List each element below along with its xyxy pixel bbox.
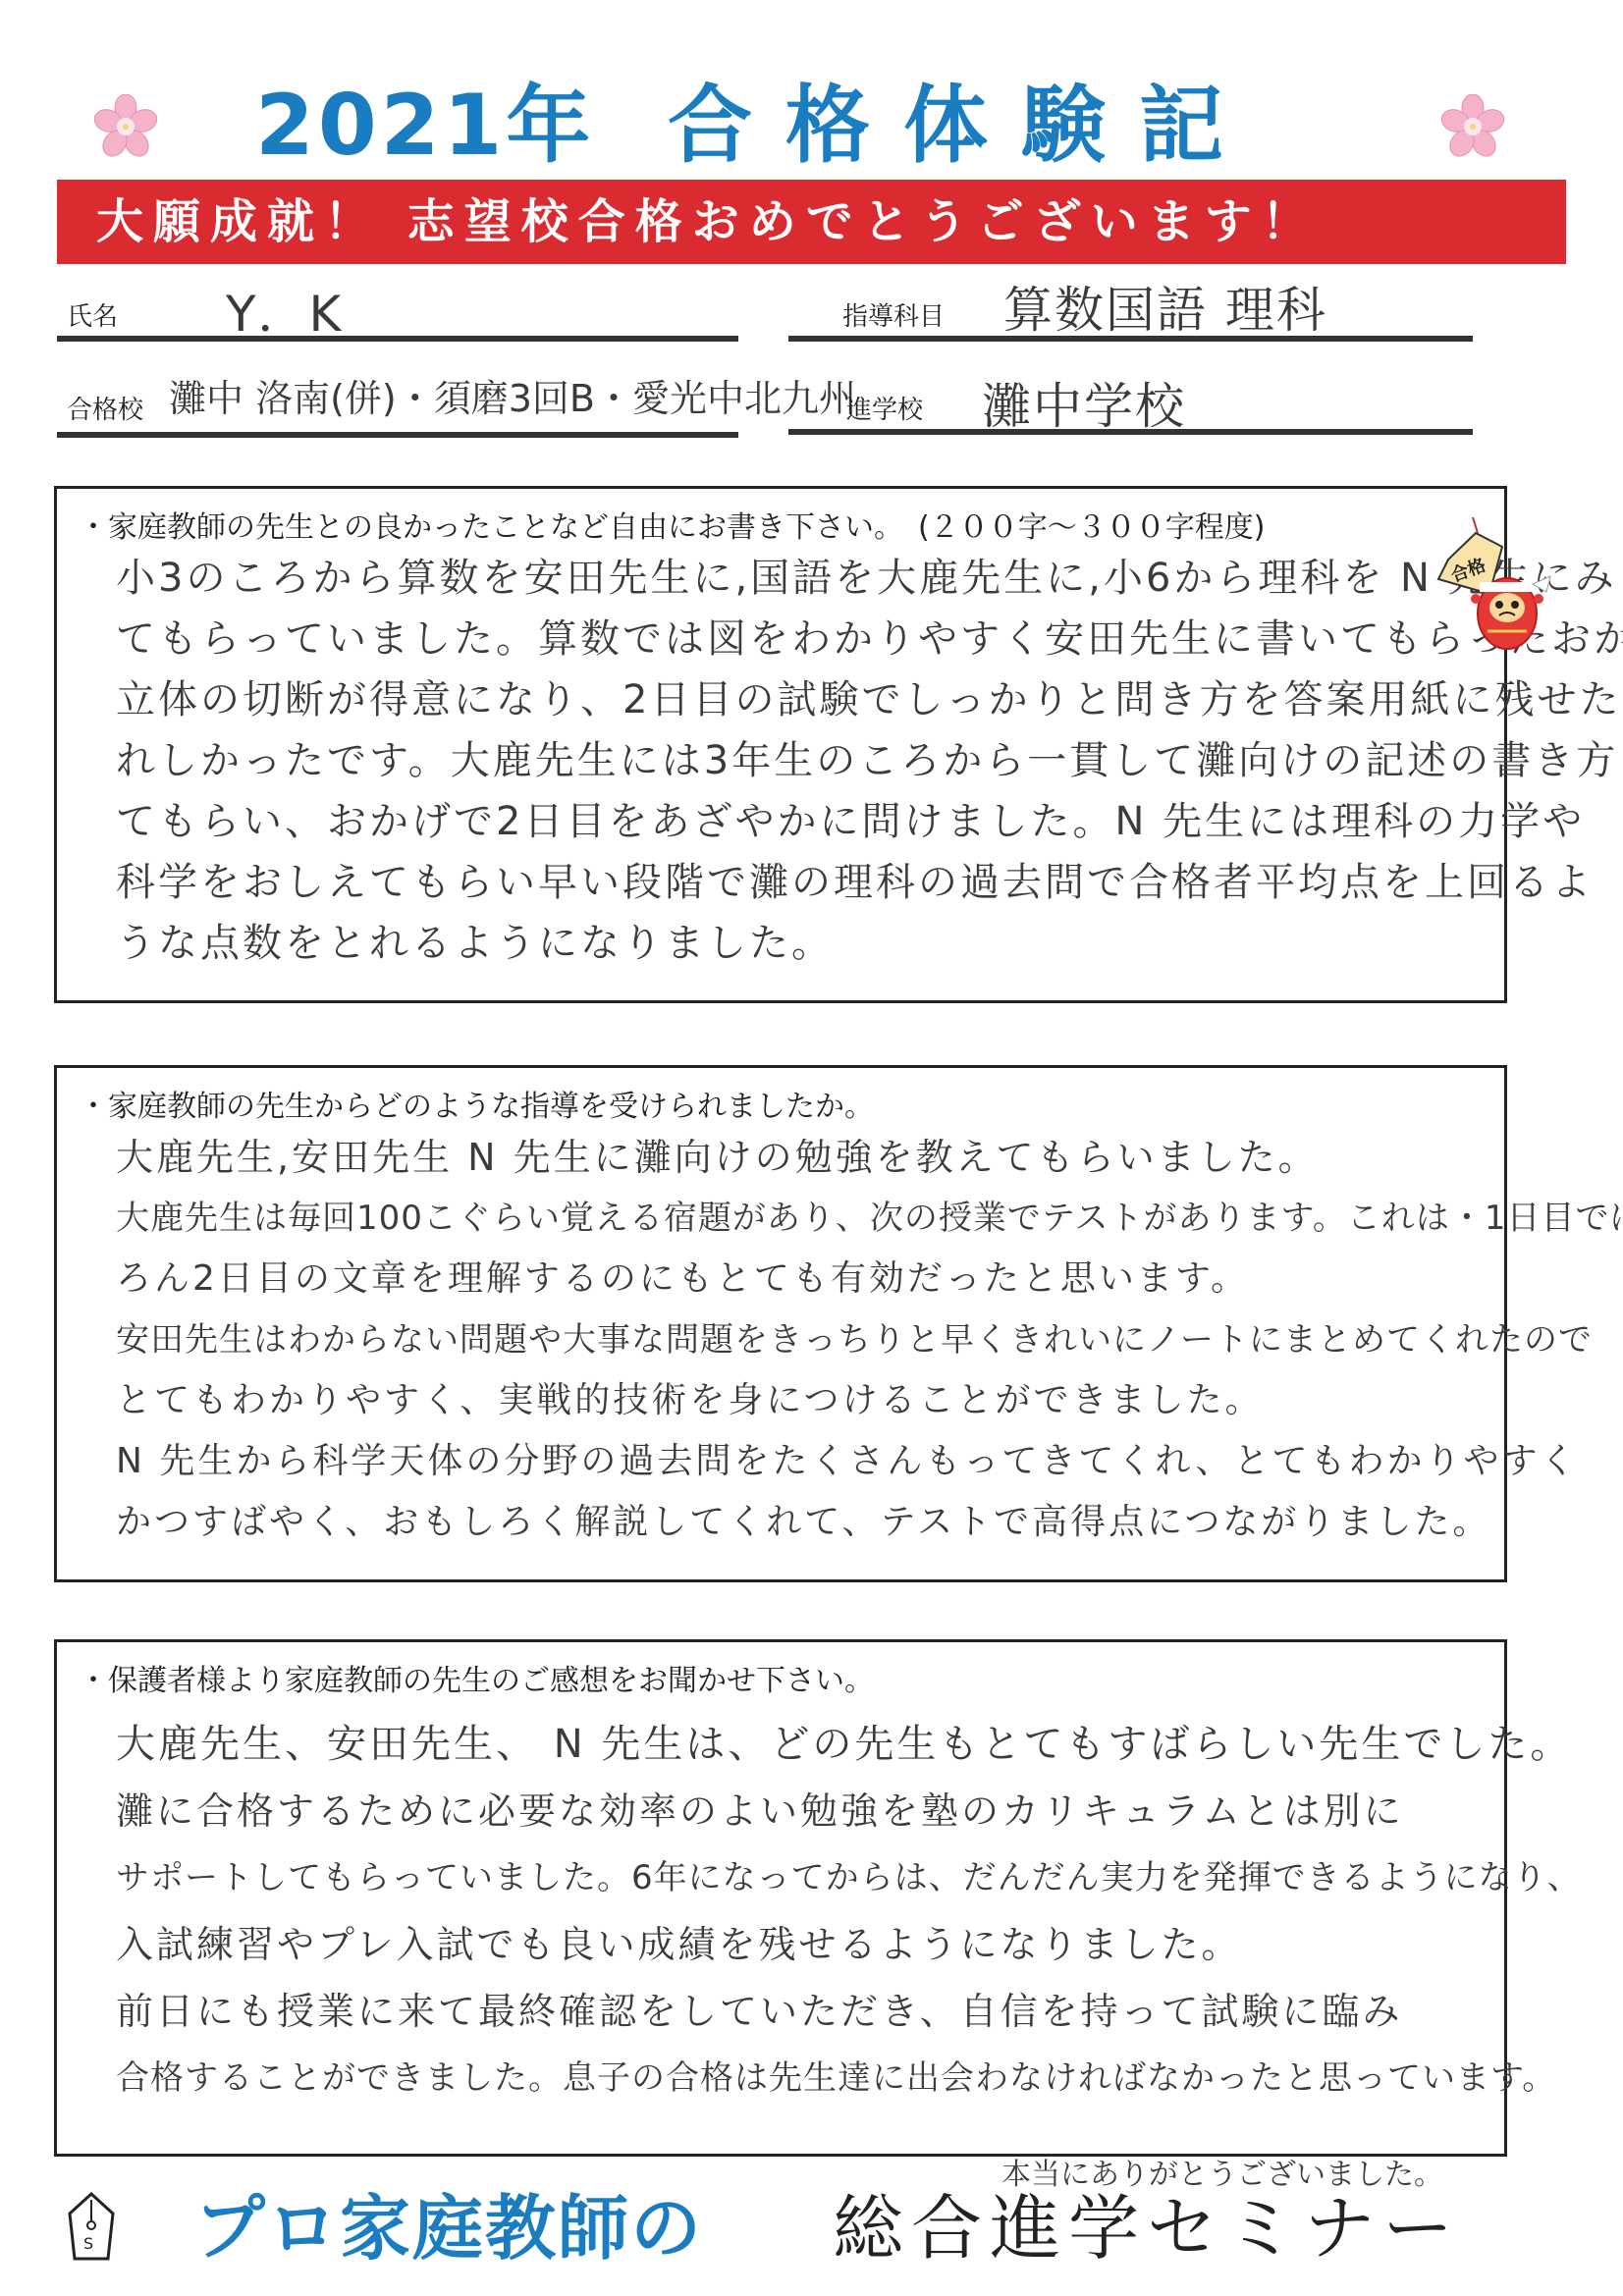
sakura-flower-icon: [1441, 94, 1504, 157]
name-label: 氏名: [67, 296, 118, 333]
footer-brand-black: 総合進学セミナー: [833, 2184, 1461, 2272]
answer-line: うな点数をとれるようになりました。: [116, 913, 1475, 974]
answer-line: サポートしてもらっていました。6年になってからは、だんだん実力を発揮できるように…: [116, 1844, 1475, 1911]
footer-brand: S プロ家庭教師の 総合進学セミナー: [67, 2184, 1540, 2272]
name-underline: [57, 336, 738, 342]
section-parent-impressions: ・保護者様より家庭教師の先生のご感想をお聞かせ下さい。 大鹿先生、安田先生、 N…: [54, 1639, 1507, 2157]
answer-line: 大鹿先生、安田先生、 N 先生は、どの先生もとてもすばらしい先生でした。: [116, 1711, 1475, 1778]
answer-line: てもらっていました。算数では図をわかりやすく安田先生に書いてもらったおかげで: [116, 609, 1475, 669]
subjects-value: 算数国語 理科: [1003, 271, 1327, 342]
answer-line: 大鹿先生,安田先生 N 先生に灘向けの勉強を教えてもらいました。: [116, 1127, 1475, 1188]
answer-text: 小3のころから算数を安田先生に,国語を大鹿先生に,小6から理科を N 先生にみ …: [116, 548, 1475, 974]
passed-schools-underline: [57, 432, 738, 438]
subjects-underline: [788, 336, 1473, 342]
title-row: 2021年 合格体験記: [0, 77, 1623, 175]
answer-line: 安田先生はわからない問題や大事な問題をきっちりと早くきれいにノートにまとめてくれ…: [116, 1309, 1475, 1370]
answer-line: 立体の切断が得意になり、2日目の試験でしっかりと問き方を答案用紙に残せたことがう: [116, 669, 1475, 730]
answer-line: 科学をおしえてもらい早い段階で灘の理科の過去問で合格者平均点を上回るよ: [116, 852, 1475, 913]
pen-nib-logo-icon: S: [67, 2192, 116, 2263]
answer-line: 合格することができました。息子の合格は先生達に出会わなければなかったと思っていま…: [116, 2045, 1475, 2111]
answer-line: とてもわかりやすく、実戦的技術を身につけることができました。: [116, 1370, 1475, 1431]
section-guidance: ・家庭教師の先生からどのような指導を受けられましたか。 大鹿先生,安田先生 N …: [54, 1065, 1507, 1582]
answer-line: 入試練習やプレ入試でも良い成績を残せるようになりました。: [116, 1911, 1475, 1978]
passed-schools-value: 灘中 洛南(併)・須磨3回B・愛光中北九州: [169, 368, 856, 422]
section-question: ・家庭教師の先生との良かったことなど自由にお書き下さい。 (２００字～３００字程…: [79, 503, 1265, 546]
enroll-school-label: 進学校: [846, 390, 923, 426]
title-main: 合格体験記: [668, 77, 1257, 175]
answer-text: 大鹿先生、安田先生、 N 先生は、どの先生もとてもすばらしい先生でした。 灘に合…: [116, 1711, 1475, 2111]
passed-schools-label: 合格校: [67, 390, 143, 426]
section-good-experiences: ・家庭教師の先生との良かったことなど自由にお書き下さい。 (２００字～３００字程…: [54, 486, 1507, 1003]
answer-text: 大鹿先生,安田先生 N 先生に灘向けの勉強を教えてもらいました。 大鹿先生は毎回…: [116, 1127, 1475, 1553]
congratulations-banner: 大願成就！ 志望校合格おめでとうございます！: [57, 180, 1566, 264]
footer-brand-blue: プロ家庭教師の: [194, 2184, 703, 2272]
subjects-label: 指導科目: [842, 296, 945, 333]
answer-line: てもらい、おかげで2日目をあざやかに問けました。N 先生には理科の力学や: [116, 791, 1475, 852]
answer-line: 大鹿先生は毎回100こぐらい覚える宿題があり、次の授業でテストがあります。これは…: [116, 1188, 1475, 1249]
section-question: ・家庭教師の先生からどのような指導を受けられましたか。: [79, 1082, 874, 1125]
answer-line: 小3のころから算数を安田先生に,国語を大鹿先生に,小6から理科を N 先生にみ: [116, 548, 1475, 609]
page-title: 2021年 合格体験記: [255, 77, 1355, 175]
sakura-flower-icon: [94, 94, 157, 157]
title-year: 2021年: [255, 77, 594, 175]
section-question: ・保護者様より家庭教師の先生のご感想をお聞かせ下さい。: [79, 1656, 874, 1699]
daruma-gokaku-icon: 合格: [1429, 515, 1556, 653]
answer-line: ろん2日目の文章を理解するのにもとても有効だったと思います。: [116, 1249, 1475, 1309]
answer-line: れしかったです。大鹿先生には3年生のころから一貫して灘向けの記述の書き方を教え: [116, 730, 1475, 791]
svg-text:S: S: [83, 2234, 93, 2253]
enroll-school-underline: [788, 429, 1473, 435]
enroll-school-value: 灘中学校: [982, 367, 1186, 438]
answer-line: かつすばやく、おもしろく解説してくれて、テストで高得点につながりました。: [116, 1492, 1475, 1553]
answer-line: 前日にも授業に来て最終確認をしていただき、自信を持って試験に臨み: [116, 1978, 1475, 2045]
answer-line: 灘に合格するために必要な効率のよい勉強を塾のカリキュラムとは別に: [116, 1778, 1475, 1844]
answer-line: N 先生から科学天体の分野の過去問をたくさんもってきてくれ、とてもわかりやすく: [116, 1431, 1475, 1492]
